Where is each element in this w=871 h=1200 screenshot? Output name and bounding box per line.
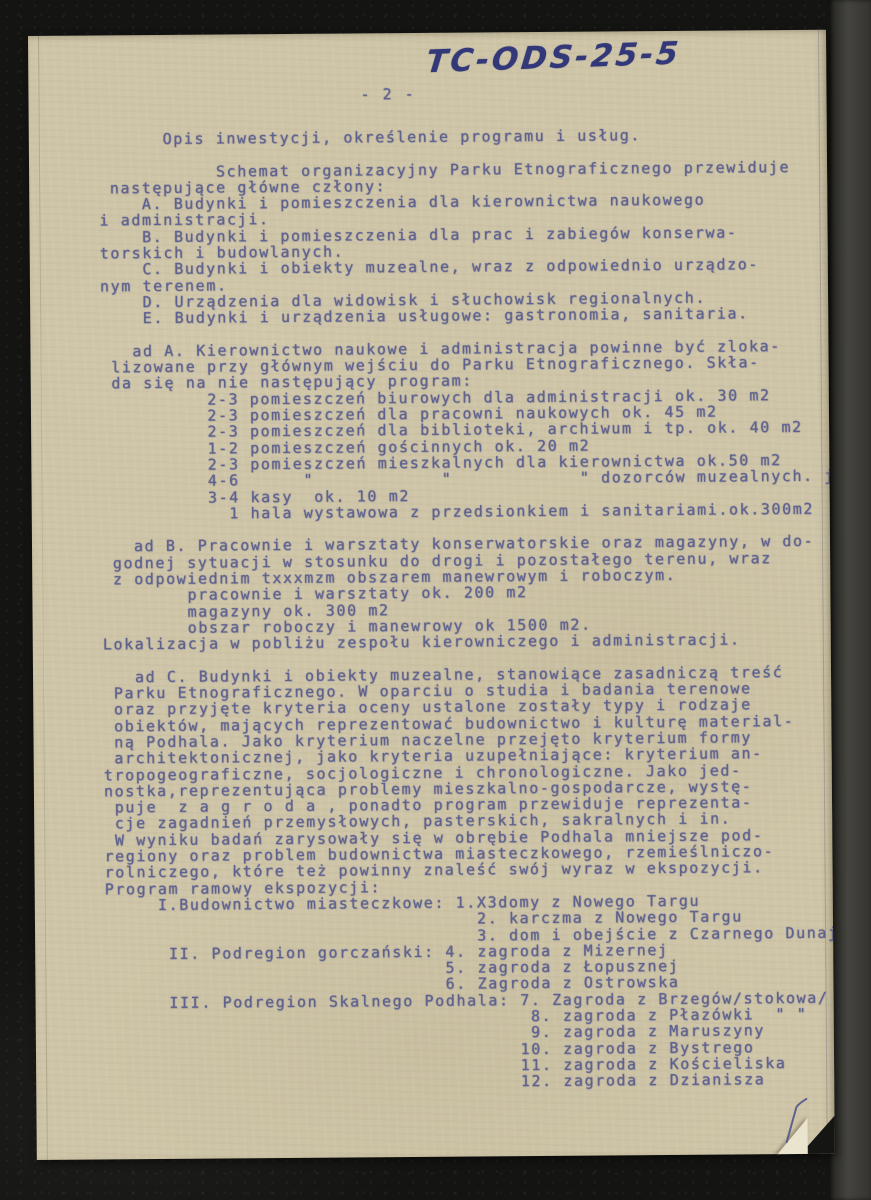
typewritten-text: Opis inwestycji, określenie programu i u… bbox=[99, 126, 835, 1093]
handwritten-corner-mark-icon bbox=[782, 1096, 812, 1146]
document-page: TC-ODS-25-5 - 2 - Opis inwestycji, okreś… bbox=[28, 30, 835, 1160]
page-number: - 2 - bbox=[360, 85, 415, 103]
photographed-archive-page: { "scene": { "background_leather_color":… bbox=[0, 0, 871, 1200]
left-crease-line bbox=[38, 36, 48, 1160]
book-cover-edge bbox=[829, 0, 871, 1200]
handwritten-catalog-number: TC-ODS-25-5 bbox=[424, 35, 682, 80]
